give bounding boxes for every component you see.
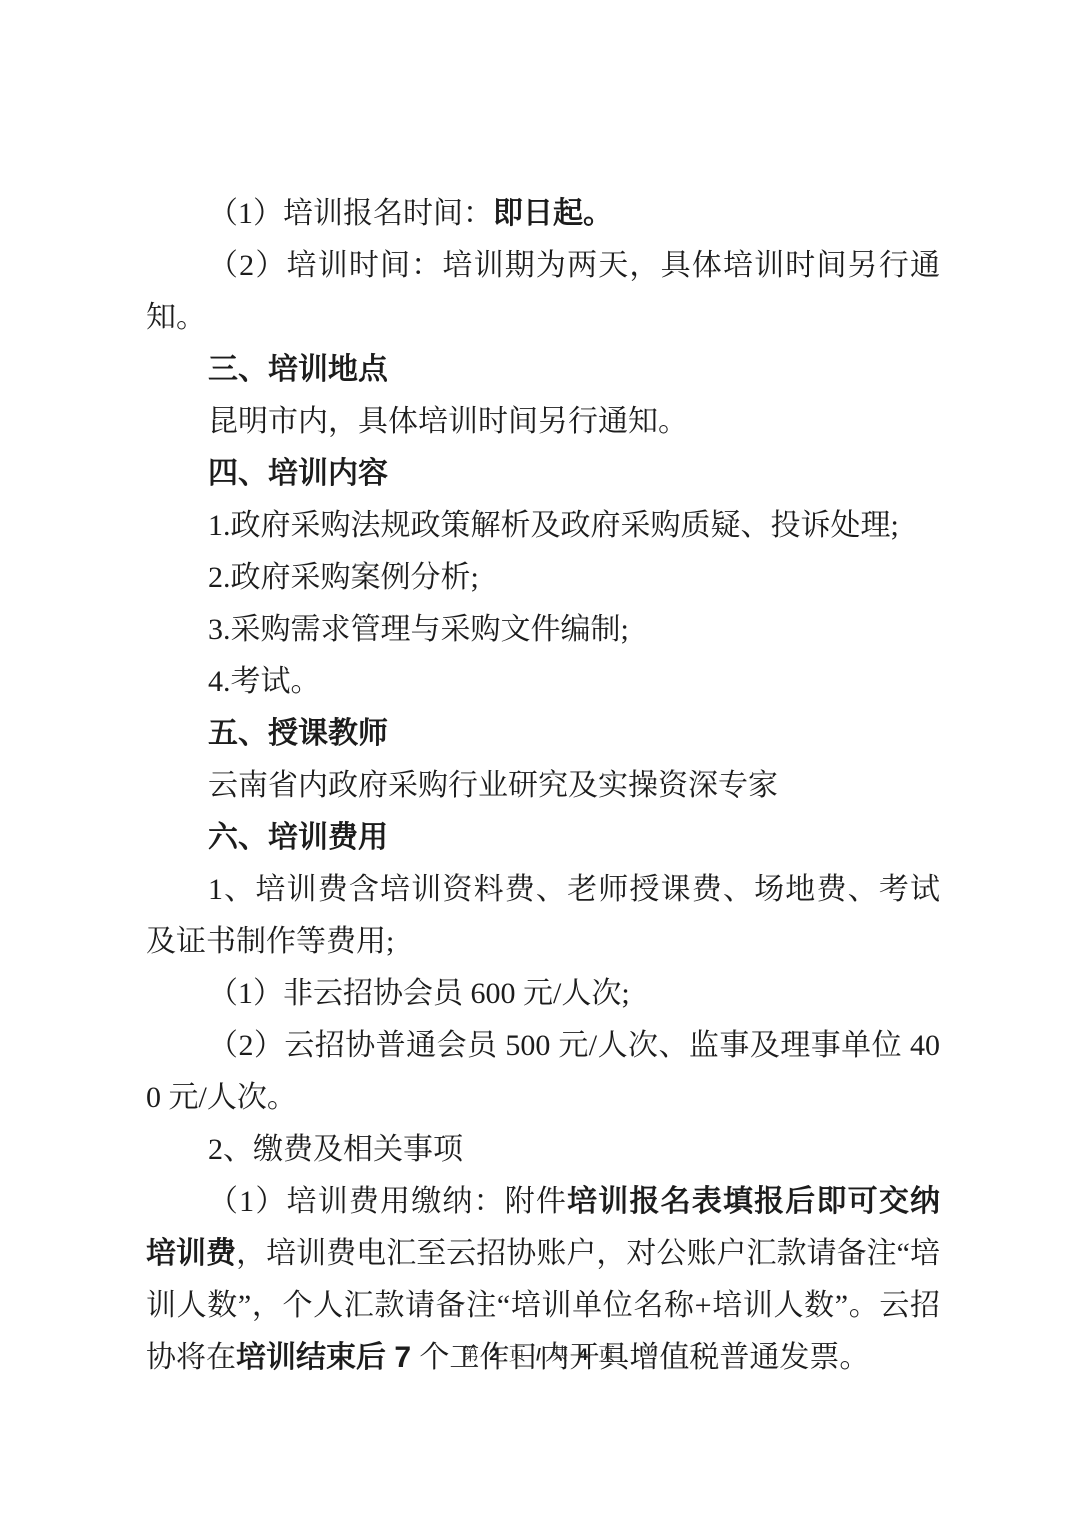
paragraph: （1）培训报名时间：即日起。 (146, 188, 940, 240)
text-segment: 昆明市内，具体培训时间另行通知。 (208, 405, 688, 438)
paragraph: 1.政府采购法规政策解析及政府采购质疑、投诉处理; (146, 500, 940, 552)
paragraph: 4.考试。 (146, 656, 940, 708)
text-segment: 1.政府采购法规政策解析及政府采购质疑、投诉处理; (208, 509, 899, 542)
paragraph: 2、缴费及相关事项 (146, 1124, 940, 1176)
text-segment: 2 (489, 1345, 501, 1364)
text-segment: 三、培训地点 (208, 353, 388, 386)
paragraph: 昆明市内，具体培训时间另行通知。 (146, 396, 940, 448)
text-segment: 六、培训费用 (208, 821, 388, 854)
text-segment: （2）云招协普通会员 500 元/人次、监事及理事单位 400 元/人次。 (146, 1029, 940, 1114)
text-segment: （2）培训时间：培训期为两天，具体培训时间另行通知。 (146, 249, 940, 334)
section-heading: 五、授课教师 (146, 708, 940, 760)
paragraph: （1）非云招协会员 600 元/人次; (146, 968, 940, 1020)
text-segment: 4 (578, 1345, 590, 1364)
text-segment: 页 (502, 1345, 537, 1364)
text-segment: 2.政府采购案例分析; (208, 561, 479, 594)
paragraph: （2）培训时间：培训期为两天，具体培训时间另行通知。 (146, 240, 940, 344)
document-page: （1）培训报名时间：即日起。（2）培训时间：培训期为两天，具体培训时间另行通知。… (0, 0, 1080, 1527)
paragraph: 3.采购需求管理与采购文件编制; (146, 604, 940, 656)
text-segment: 即日起。 (493, 197, 613, 230)
text-segment: （1）培训报名时间： (208, 197, 493, 230)
page-footer: 第 2 页 / 共 4 页 (0, 1342, 1080, 1368)
text-segment: 4.考试。 (208, 665, 321, 698)
section-heading: 三、培训地点 (146, 344, 940, 396)
text-segment: 共 (544, 1345, 579, 1364)
text-segment: 1、培训费含培训资料费、老师授课费、场地费、考试及证书制作等费用; (146, 873, 940, 958)
text-segment: 3.采购需求管理与采购文件编制; (208, 613, 629, 646)
paragraph: （2）云招协普通会员 500 元/人次、监事及理事单位 400 元/人次。 (146, 1020, 940, 1124)
text-segment: 第 (462, 1345, 489, 1364)
text-segment: 四、培训内容 (208, 457, 388, 490)
text-segment: / (536, 1345, 544, 1364)
section-heading: 六、培训费用 (146, 812, 940, 864)
text-segment: 页 (591, 1345, 618, 1364)
text-segment: 五、授课教师 (208, 717, 388, 750)
document-body: （1）培训报名时间：即日起。（2）培训时间：培训期为两天，具体培训时间另行通知。… (146, 188, 940, 1384)
paragraph: 1、培训费含培训资料费、老师授课费、场地费、考试及证书制作等费用; (146, 864, 940, 968)
paragraph: 云南省内政府采购行业研究及实操资深专家 (146, 760, 940, 812)
text-segment: （1）非云招协会员 600 元/人次; (208, 977, 630, 1010)
text-segment: 云南省内政府采购行业研究及实操资深专家 (208, 769, 778, 802)
section-heading: 四、培训内容 (146, 448, 940, 500)
paragraph: 2.政府采购案例分析; (146, 552, 940, 604)
text-segment: （1）培训费用缴纳：附件 (208, 1185, 567, 1218)
text-segment: 2、缴费及相关事项 (208, 1133, 463, 1166)
